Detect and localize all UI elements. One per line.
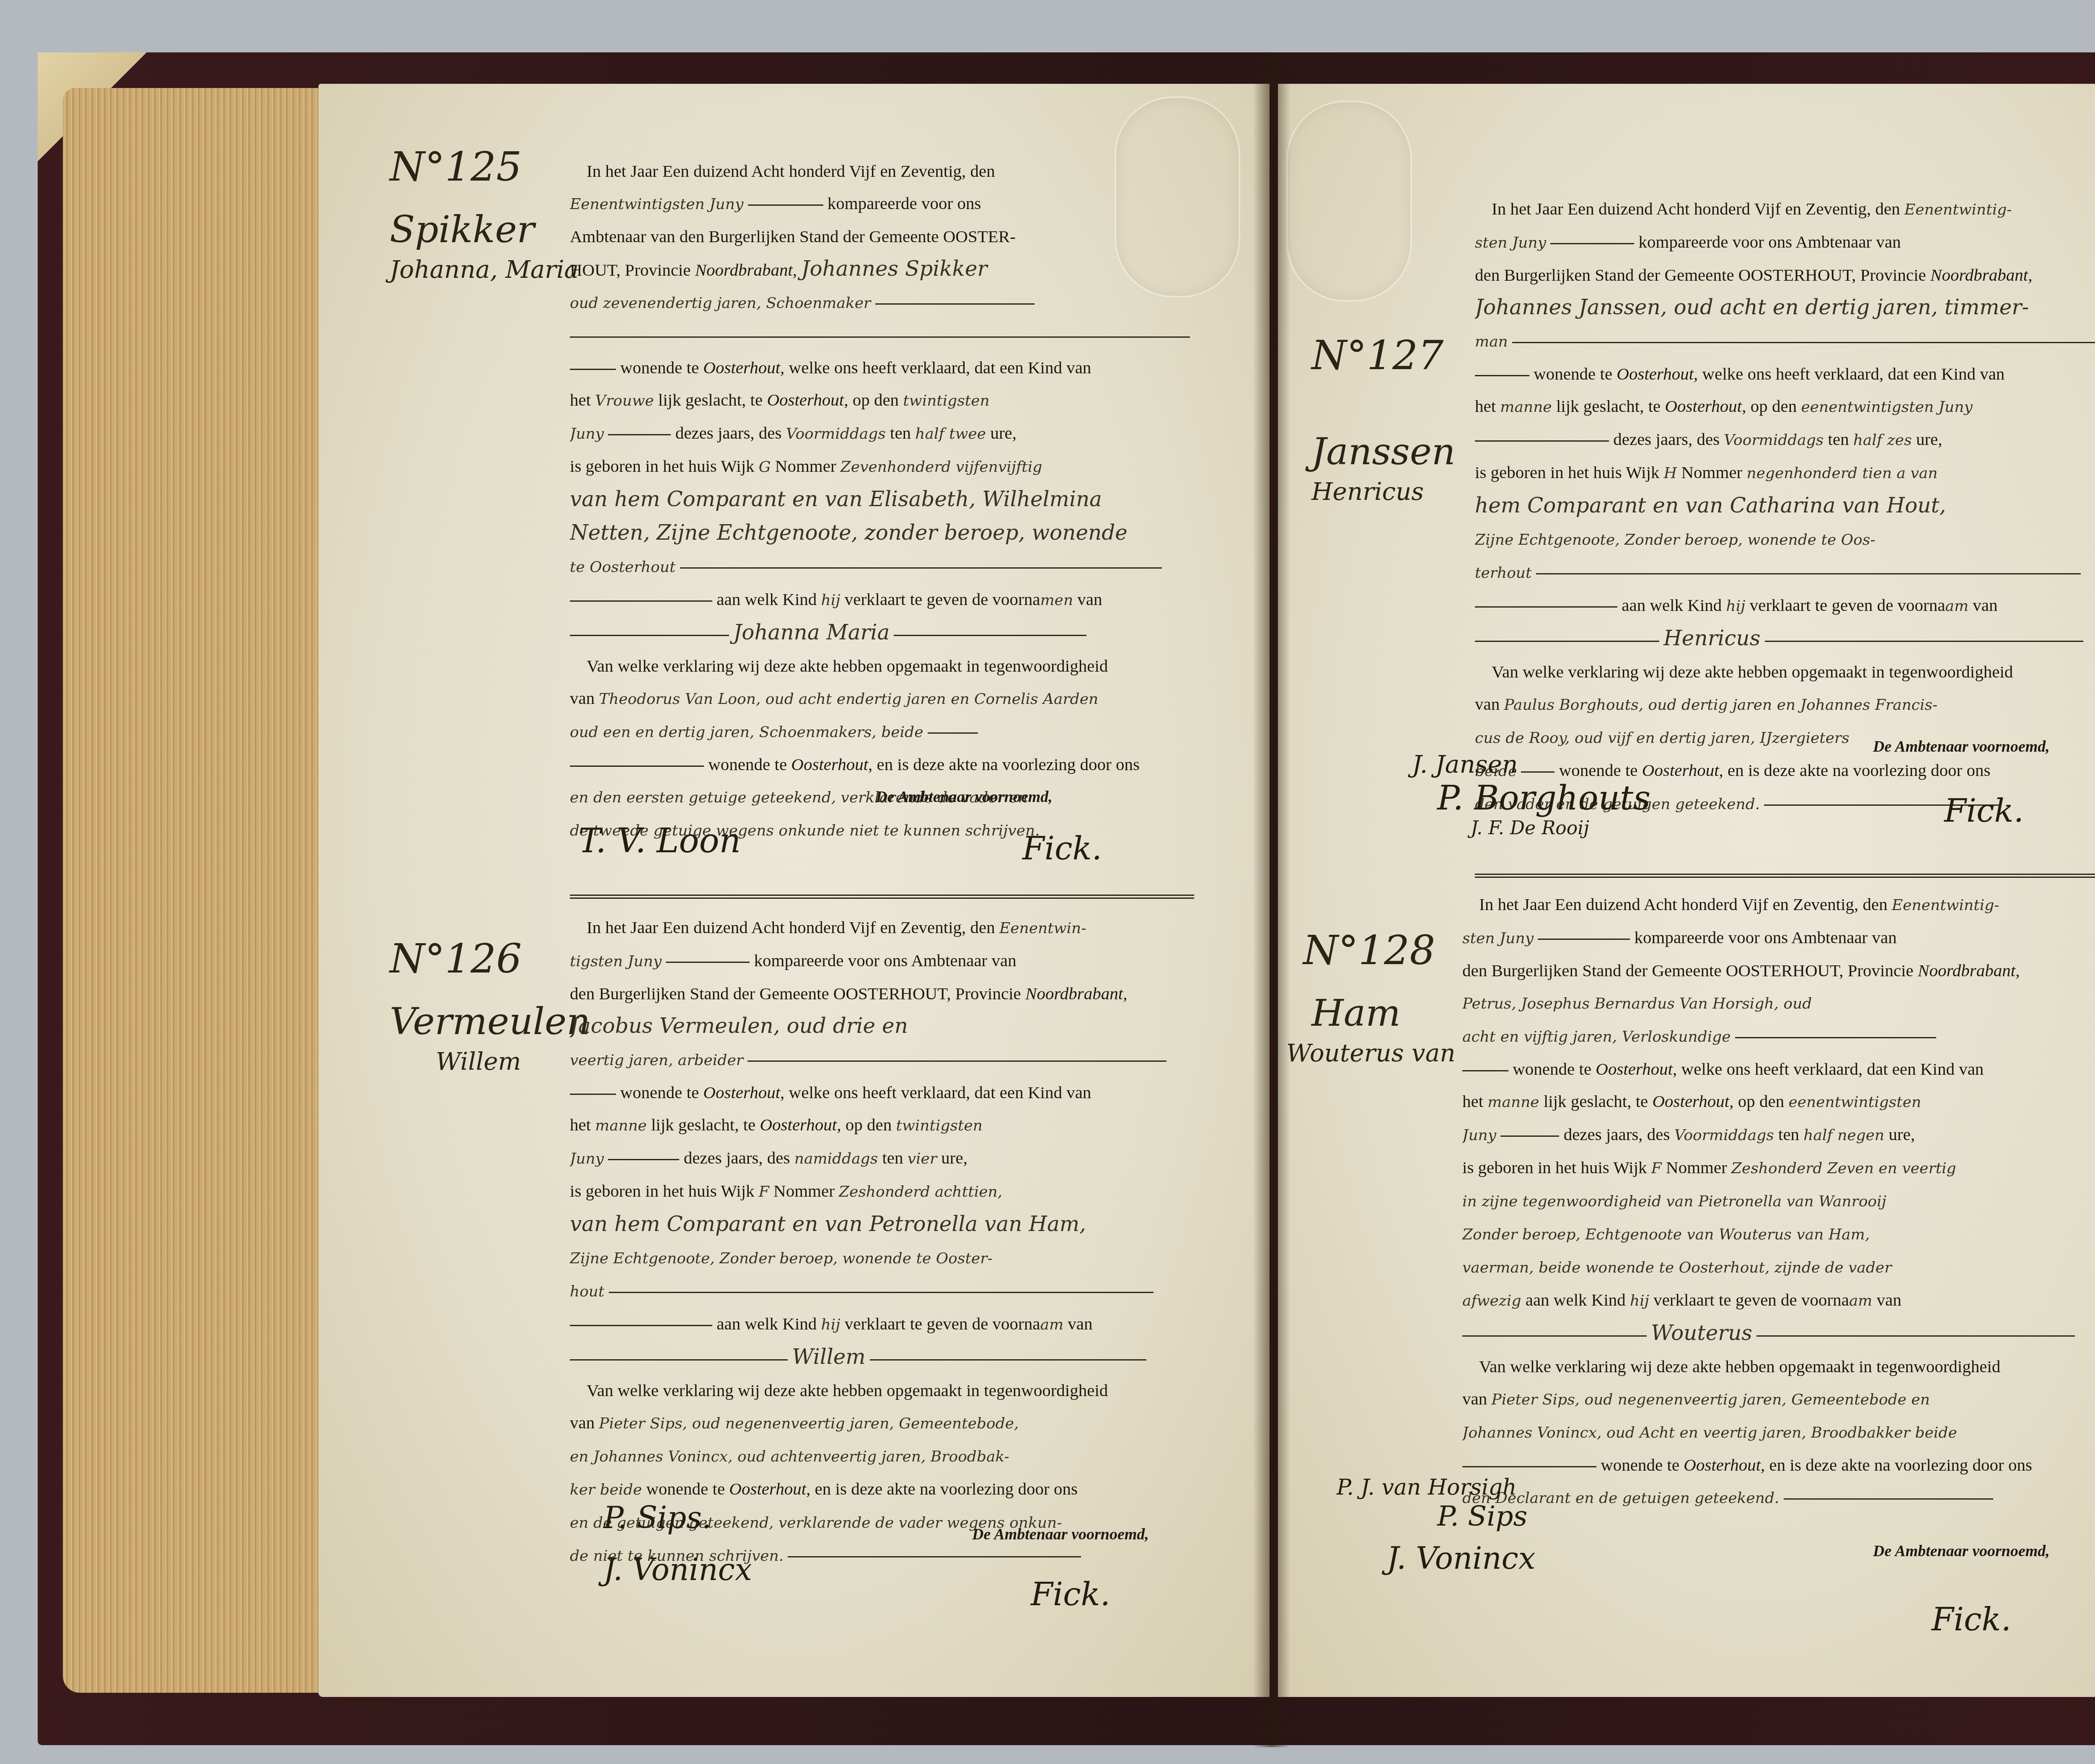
record-body: In het Jaar Een duizend Acht honderd Vij…	[570, 911, 1194, 1572]
officer-signature: Fick.	[1932, 1601, 2011, 1638]
text-line: wonende te Oosterhout, welke ons heeft v…	[570, 1076, 1194, 1109]
officer-block: De Ambtenaar voornoemd,	[876, 788, 1053, 806]
text-line: acht en vijftig jaren, Verloskundige	[1462, 1020, 2095, 1053]
book-gutter	[1253, 54, 1291, 1747]
record-body: In het Jaar Een duizend Acht honderd Vij…	[1462, 888, 2095, 1514]
text-line: Wouterus	[1462, 1317, 2095, 1350]
text-line: dezes jaars, des Voormiddags ten half ze…	[1475, 423, 2095, 456]
text-line: te Oosterhout	[570, 550, 1194, 583]
record-number: N°128	[1286, 930, 1456, 970]
signature: J. F. De Rooij	[1412, 817, 1650, 839]
text-line: wonende te Oosterhout, en is deze akte n…	[1462, 1449, 2095, 1481]
margin-given-names: Willem	[390, 1047, 590, 1076]
text-line: het manne lijk geslacht, te Oosterhout, …	[570, 1109, 1194, 1142]
witness-signatures: P. Sips. J. Vonincx	[603, 1500, 752, 1587]
record-divider	[570, 895, 1194, 899]
witness-signatures: P. J. van Horsigh P. Sips J. Vonincx	[1337, 1475, 1535, 1576]
given-name: Johanna Maria	[733, 620, 890, 644]
text-line: van Paulus Borghouts, oud dertig jaren e…	[1475, 688, 2095, 721]
text-line: sten Juny kompareerde voor ons Ambtenaar…	[1475, 226, 2095, 259]
record-margin: N°126 Vermeulen Willem	[390, 939, 590, 1076]
text-line	[570, 319, 1194, 352]
signature: Fick.	[1022, 830, 1102, 867]
text-line: Van welke verklaring wij deze akte hebbe…	[570, 650, 1194, 682]
given-name: Henricus	[1663, 626, 1760, 650]
text-line: aan welk Kind hij verklaart te geven de …	[570, 1308, 1194, 1341]
text-line: Johannes Janssen, oud acht en dertig jar…	[1475, 291, 2095, 325]
text-line: veertig jaren, arbeider	[570, 1043, 1194, 1076]
page-edges-left	[63, 88, 323, 1693]
signature: P. Borghouts	[1412, 779, 1650, 817]
given-name: Willem	[792, 1345, 866, 1369]
text-line: wonende te Oosterhout, welke ons heeft v…	[570, 352, 1194, 384]
signature: J. Vonincx	[1337, 1541, 1535, 1576]
embossed-seal	[1286, 101, 1412, 302]
record-body: In het Jaar Een duizend Acht honderd Vij…	[1475, 193, 2095, 820]
record-body: In het Jaar Een duizend Acht honderd Vij…	[570, 155, 1194, 847]
text-line: Netten, Zijne Echtgenoote, zonder beroep…	[570, 517, 1194, 550]
witness-signatures: J. Jansen P. Borghouts J. F. De Rooij	[1412, 750, 1650, 839]
text-line: van Pieter Sips, oud negenenveertig jare…	[1462, 1383, 2095, 1416]
text-line: den Burgerlijken Stand der Gemeente OOST…	[1475, 259, 2095, 291]
text-line: Eenentwintigsten Juny kompareerde voor o…	[570, 187, 1194, 220]
text-line: het Vrouwe lijk geslacht, te Oosterhout,…	[570, 384, 1194, 417]
margin-surname: Vermeulen	[390, 1000, 590, 1043]
record-margin: N°125 Spikker Johanna, Maria	[390, 147, 579, 284]
officer-block: De Ambtenaar voornoemd,	[1873, 737, 2050, 756]
text-line: van hem Comparant en van Petronella van …	[570, 1208, 1194, 1242]
right-page: N°127 Janssen Henricus In het Jaar Een d…	[1278, 84, 2095, 1697]
text-line: Juny dezes jaars, des Voormiddags ten ha…	[570, 417, 1194, 450]
given-name: Wouterus	[1651, 1321, 1752, 1345]
text-line: Zijne Echtgenoote, Zonder beroep, wonend…	[570, 1242, 1194, 1275]
text-line: Zijne Echtgenoote, Zonder beroep, wonend…	[1475, 523, 2095, 556]
text-line: is geboren in het huis Wijk F Nommer Zes…	[570, 1175, 1194, 1208]
text-line: is geboren in het huis Wijk F Nommer Zes…	[1462, 1151, 2095, 1185]
text-line: Juny dezes jaars, des Voormiddags ten ha…	[1462, 1118, 2095, 1151]
text-line: Johannes Vonincx, oud Acht en veertig ja…	[1462, 1416, 2095, 1449]
margin-surname: Janssen	[1311, 430, 1456, 473]
record-number: N°125	[390, 147, 579, 187]
text-line: man	[1475, 325, 2095, 358]
text-line: In het Jaar Een duizend Acht honderd Vij…	[1462, 888, 2095, 921]
text-line: aan welk Kind hij verklaart te geven de …	[570, 583, 1194, 616]
text-line: Zonder beroep, Echtgenoote van Wouterus …	[1462, 1218, 2095, 1251]
text-line: sten Juny kompareerde voor ons Ambtenaar…	[1462, 921, 2095, 954]
text-line: hout	[570, 1275, 1194, 1308]
text-line: In het Jaar Een duizend Acht honderd Vij…	[1475, 193, 2095, 226]
text-line: Johanna Maria	[570, 616, 1194, 650]
officer-signature: Fick.	[1031, 1575, 1110, 1613]
witness-signatures: T. V. Loon	[578, 821, 741, 860]
text-line: het manne lijk geslacht, te Oosterhout, …	[1462, 1085, 2095, 1118]
record-number: N°127	[1311, 335, 1456, 375]
signature: P. J. van Horsigh	[1337, 1475, 1535, 1500]
text-line: den Declarant en de getuigen geteekend.	[1462, 1481, 2095, 1514]
record-margin: N°128 Ham Wouterus van	[1286, 930, 1456, 1067]
text-line: aan welk Kind hij verklaart te geven de …	[1475, 589, 2095, 622]
text-line: Van welke verklaring wij deze akte hebbe…	[1475, 656, 2095, 688]
text-line: oud een en dertig jaren, Schoenmakers, b…	[570, 715, 1194, 748]
record-divider	[1475, 874, 2095, 878]
text-line: tigsten Juny kompareerde voor ons Ambten…	[570, 944, 1194, 978]
signature: J. Jansen	[1412, 750, 1650, 779]
text-line: wonende te Oosterhout, en is deze akte n…	[570, 748, 1194, 781]
text-line: HOUT, Provincie Noordbrabant, Johannes S…	[570, 253, 1194, 286]
text-line: terhout	[1475, 556, 2095, 589]
text-line: Van welke verklaring wij deze akte hebbe…	[1462, 1350, 2095, 1383]
text-line: het manne lijk geslacht, te Oosterhout, …	[1475, 390, 2095, 423]
text-line: In het Jaar Een duizend Acht honderd Vij…	[570, 155, 1194, 187]
signature: Fick.	[1944, 792, 2024, 829]
officer-block: De Ambtenaar voornoemd,	[972, 1525, 1149, 1544]
text-line: van hem Comparant en van Elisabeth, Wilh…	[570, 483, 1194, 517]
margin-surname: Spikker	[390, 208, 579, 251]
margin-surname: Ham	[1286, 991, 1456, 1035]
text-line: Henricus	[1475, 622, 2095, 656]
text-line: hem Comparant en van Catharina van Hout,	[1475, 489, 2095, 523]
text-line: den Burgerlijken Stand der Gemeente OOST…	[570, 978, 1194, 1010]
text-line: Van welke verklaring wij deze akte hebbe…	[570, 1374, 1194, 1407]
officer-signature: Fick.	[1944, 792, 2024, 829]
signature: P. Sips	[1337, 1500, 1535, 1532]
text-line: Petrus, Josephus Bernardus Van Horsigh, …	[1462, 987, 2095, 1020]
margin-given-names: Johanna, Maria	[390, 255, 579, 284]
text-line: vaerman, beide wonende te Oosterhout, zi…	[1462, 1251, 2095, 1284]
officer-label: De Ambtenaar voornoemd,	[1873, 738, 2050, 755]
record-number: N°126	[390, 939, 590, 979]
signature: J. Vonincx	[603, 1552, 752, 1587]
signature: Fick.	[1932, 1601, 2011, 1638]
text-line: Willem	[570, 1341, 1194, 1374]
text-line: In het Jaar Een duizend Acht honderd Vij…	[570, 911, 1194, 944]
signature: Fick.	[1031, 1575, 1110, 1613]
signature: P. Sips.	[603, 1500, 752, 1535]
officer-label: De Ambtenaar voornoemd,	[972, 1526, 1149, 1543]
left-page: N°125 Spikker Johanna, Maria In het Jaar…	[318, 84, 1270, 1697]
margin-given-names: Henricus	[1311, 477, 1456, 506]
text-line: in zijne tegenwoordigheid van Pietronell…	[1462, 1185, 2095, 1218]
text-line: den Burgerlijken Stand der Gemeente OOST…	[1462, 954, 2095, 987]
text-line: Jacobus Vermeulen, oud drie en	[570, 1010, 1194, 1043]
text-line: is geboren in het huis Wijk H Nommer neg…	[1475, 456, 2095, 489]
record-margin: N°127 Janssen Henricus	[1311, 335, 1456, 506]
text-line: van Theodorus Van Loon, oud acht enderti…	[570, 682, 1194, 715]
officer-block: De Ambtenaar voornoemd,	[1873, 1542, 2050, 1560]
officer-signature: Fick.	[1022, 830, 1102, 867]
text-line: wonende te Oosterhout, welke ons heeft v…	[1462, 1053, 2095, 1085]
officer-label: De Ambtenaar voornoemd,	[1873, 1542, 2050, 1560]
officer-label: De Ambtenaar voornoemd,	[876, 788, 1053, 806]
signature: T. V. Loon	[578, 821, 741, 860]
text-line: is geboren in het huis Wijk G Nommer Zev…	[570, 450, 1194, 483]
margin-given-names: Wouterus van	[1286, 1039, 1456, 1067]
text-line: oud zevenendertig jaren, Schoenmaker	[570, 286, 1194, 319]
text-line: en Johannes Vonincx, oud achtenveertig j…	[570, 1440, 1194, 1473]
text-line: van Pieter Sips, oud negenenveertig jare…	[570, 1407, 1194, 1440]
text-line: Juny dezes jaars, des namiddags ten vier…	[570, 1142, 1194, 1175]
text-line: afwezig aan welk Kind hij verklaart te g…	[1462, 1284, 2095, 1317]
text-line: wonende te Oosterhout, welke ons heeft v…	[1475, 358, 2095, 390]
text-line: Ambtenaar van den Burgerlijken Stand der…	[570, 220, 1194, 253]
